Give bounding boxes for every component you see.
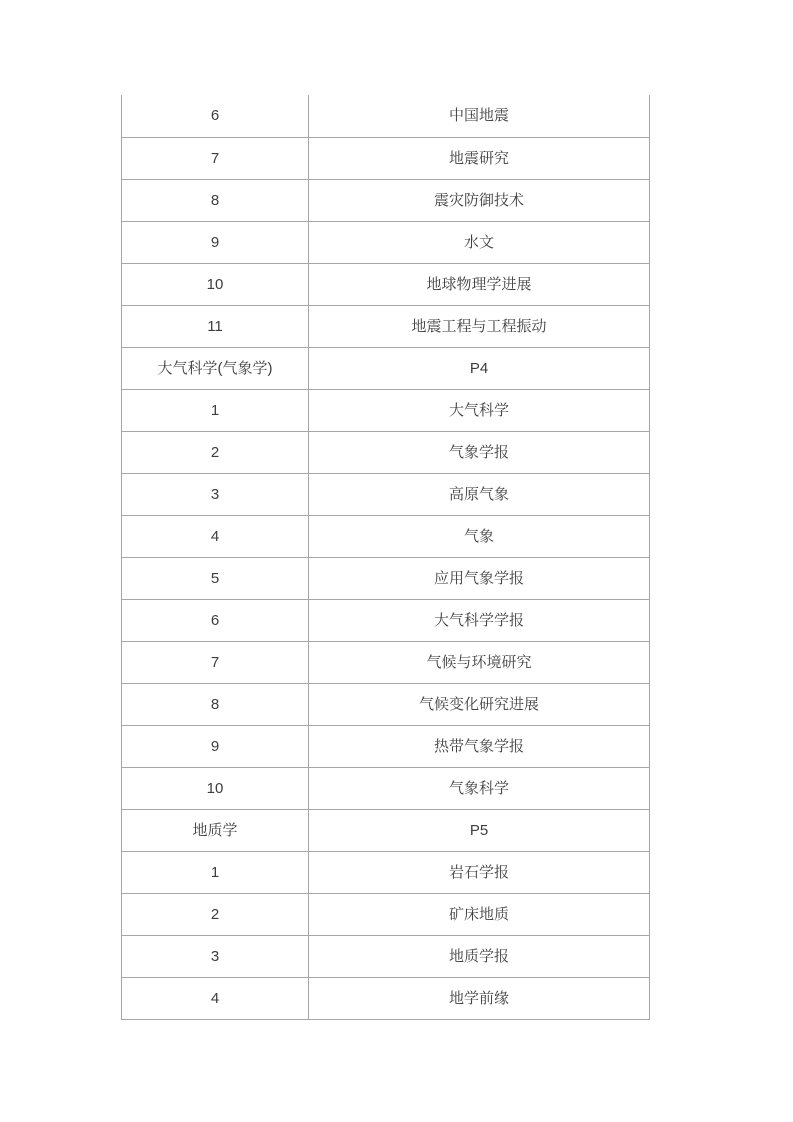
table-row: 11 地震工程与工程振动 xyxy=(122,305,650,347)
category-row: 地质学 P5 xyxy=(122,809,650,851)
table-row: 2 气象学报 xyxy=(122,431,650,473)
journal-name-cell: 地质学报 xyxy=(309,935,650,977)
table-row: 7 地震研究 xyxy=(122,137,650,179)
journal-name-cell: 地球物理学进展 xyxy=(309,263,650,305)
row-index-cell: 10 xyxy=(122,263,309,305)
table-row: 8 震灾防御技术 xyxy=(122,179,650,221)
journal-name-cell: 震灾防御技术 xyxy=(309,179,650,221)
row-index-cell: 6 xyxy=(122,599,309,641)
journal-name-cell: 应用气象学报 xyxy=(309,557,650,599)
row-index-cell: 7 xyxy=(122,641,309,683)
table-row: 4 气象 xyxy=(122,515,650,557)
table-row: 9 热带气象学报 xyxy=(122,725,650,767)
table-row: 10 地球物理学进展 xyxy=(122,263,650,305)
table-row: 10 气象科学 xyxy=(122,767,650,809)
table-row: 3 地质学报 xyxy=(122,935,650,977)
table-row: 2 矿床地质 xyxy=(122,893,650,935)
journal-name-cell: 大气科学学报 xyxy=(309,599,650,641)
journal-name-cell: 气象 xyxy=(309,515,650,557)
row-index-cell: 10 xyxy=(122,767,309,809)
row-index-cell: 4 xyxy=(122,515,309,557)
table-row: 5 应用气象学报 xyxy=(122,557,650,599)
row-index-cell: 7 xyxy=(122,137,309,179)
journal-name-cell: 气象学报 xyxy=(309,431,650,473)
journal-name-cell: 地学前缘 xyxy=(309,977,650,1019)
category-name-cell: 地质学 xyxy=(122,809,309,851)
row-index-cell: 8 xyxy=(122,179,309,221)
table-row: 1 岩石学报 xyxy=(122,851,650,893)
table-row: 8 气候变化研究进展 xyxy=(122,683,650,725)
row-index-cell: 1 xyxy=(122,389,309,431)
journal-name-cell: 气候与环境研究 xyxy=(309,641,650,683)
journal-name-cell: 大气科学 xyxy=(309,389,650,431)
table-row: 3 高原气象 xyxy=(122,473,650,515)
document-page: 6 中国地震 7 地震研究 8 震灾防御技术 9 水文 10 地球物理学进展 1… xyxy=(0,0,793,1122)
journal-name-cell: 矿床地质 xyxy=(309,893,650,935)
row-index-cell: 5 xyxy=(122,557,309,599)
row-index-cell: 3 xyxy=(122,473,309,515)
table-row: 6 中国地震 xyxy=(122,95,650,137)
journal-name-cell: 高原气象 xyxy=(309,473,650,515)
category-row: 大气科学(气象学) P4 xyxy=(122,347,650,389)
row-index-cell: 4 xyxy=(122,977,309,1019)
journal-name-cell: 热带气象学报 xyxy=(309,725,650,767)
row-index-cell: 9 xyxy=(122,725,309,767)
table-row: 9 水文 xyxy=(122,221,650,263)
journal-name-cell: 气象科学 xyxy=(309,767,650,809)
category-name-cell: 大气科学(气象学) xyxy=(122,347,309,389)
row-index-cell: 11 xyxy=(122,305,309,347)
table-row: 7 气候与环境研究 xyxy=(122,641,650,683)
journal-name-cell: 水文 xyxy=(309,221,650,263)
journal-table-body: 6 中国地震 7 地震研究 8 震灾防御技术 9 水文 10 地球物理学进展 1… xyxy=(122,95,650,1019)
row-index-cell: 9 xyxy=(122,221,309,263)
journal-name-cell: 中国地震 xyxy=(309,95,650,137)
row-index-cell: 1 xyxy=(122,851,309,893)
table-row: 6 大气科学学报 xyxy=(122,599,650,641)
category-code-cell: P5 xyxy=(309,809,650,851)
journal-name-cell: 地震研究 xyxy=(309,137,650,179)
row-index-cell: 3 xyxy=(122,935,309,977)
row-index-cell: 8 xyxy=(122,683,309,725)
journal-name-cell: 岩石学报 xyxy=(309,851,650,893)
journal-name-cell: 气候变化研究进展 xyxy=(309,683,650,725)
category-code-cell: P4 xyxy=(309,347,650,389)
row-index-cell: 2 xyxy=(122,431,309,473)
journal-name-cell: 地震工程与工程振动 xyxy=(309,305,650,347)
journal-table: 6 中国地震 7 地震研究 8 震灾防御技术 9 水文 10 地球物理学进展 1… xyxy=(121,95,650,1020)
table-row: 1 大气科学 xyxy=(122,389,650,431)
table-row: 4 地学前缘 xyxy=(122,977,650,1019)
row-index-cell: 2 xyxy=(122,893,309,935)
row-index-cell: 6 xyxy=(122,95,309,137)
